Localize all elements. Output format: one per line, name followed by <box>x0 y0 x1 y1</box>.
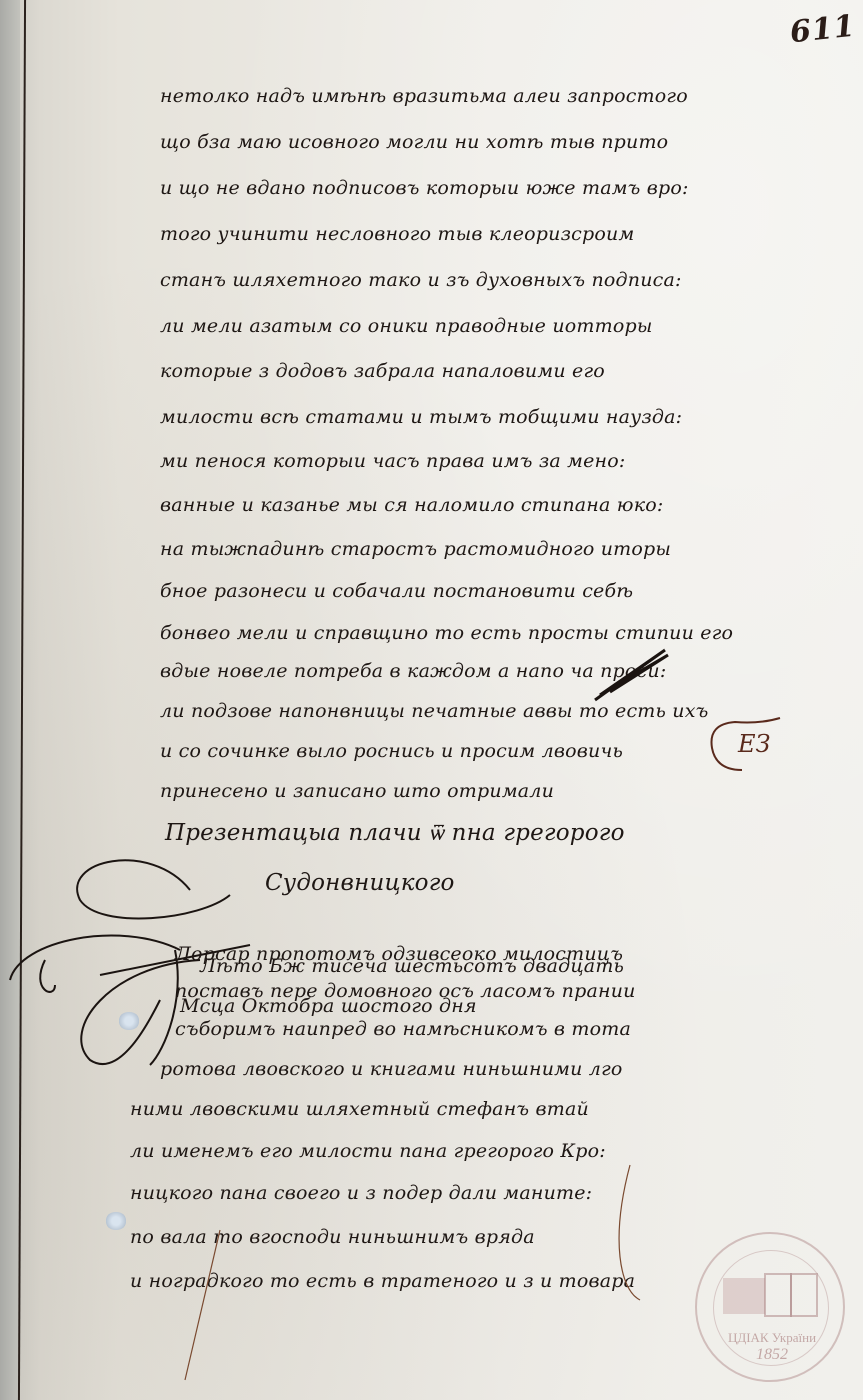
pen-strokes <box>0 0 863 1400</box>
manuscript-page: 611 нетолко надъ имѣнѣ вразитьма алеи за… <box>0 0 863 1400</box>
paper-hole <box>105 1212 127 1230</box>
archive-stamp: ЦДІАК України 1852 <box>695 1232 845 1382</box>
stamp-institution: ЦДІАК України <box>697 1330 847 1346</box>
paper-hole <box>118 1012 140 1030</box>
book-icon <box>719 1272 823 1320</box>
stamp-year: 1852 <box>697 1346 847 1364</box>
